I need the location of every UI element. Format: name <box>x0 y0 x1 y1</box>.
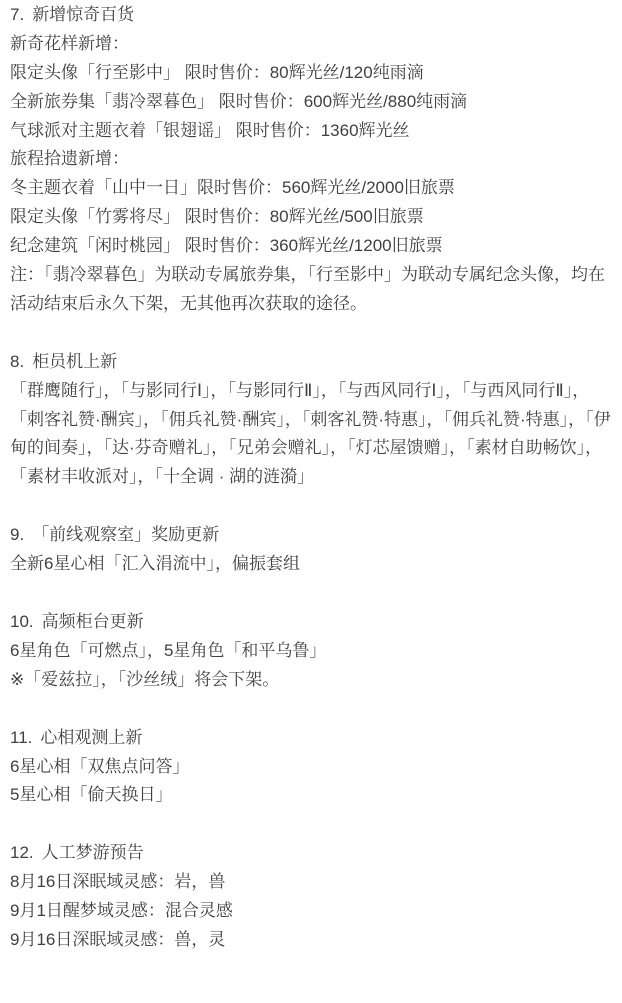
section-teller-machine: 8.柜员机上新 「群鹰随行」，「与影同行Ⅰ」，「与影同行Ⅱ」，「与西风同行Ⅰ」，… <box>10 348 612 492</box>
text-line: 9月1日醒梦域灵感：混合灵感 <box>10 897 612 926</box>
section-number: 8. <box>10 348 24 377</box>
section-title: 人工梦游预告 <box>42 843 144 862</box>
section-psychube-observation: 11.心相观测上新 6星心相「双焦点问答」 5星心相「偷天换日」 <box>10 724 612 811</box>
text-line: 新奇花样新增： <box>10 30 612 59</box>
text-line: 旅程拾遗新增： <box>10 145 612 174</box>
section-heading: 11.心相观测上新 <box>10 724 612 753</box>
text-line: 「群鹰随行」，「与影同行Ⅰ」，「与影同行Ⅱ」，「与西风同行Ⅰ」，「与西风同行Ⅱ」… <box>10 377 612 493</box>
section-number: 10. <box>10 608 34 637</box>
text-line: 限定头像「行至影中」 限时售价：80辉光丝/120纯雨滴 <box>10 59 612 88</box>
text-line: 5星心相「偷天换日」 <box>10 781 612 810</box>
section-title: 「前线观察室」奖励更新 <box>32 525 219 544</box>
section-heading: 8.柜员机上新 <box>10 348 612 377</box>
section-title: 柜员机上新 <box>32 352 117 371</box>
text-line: 9月16日深眠域灵感：兽，灵 <box>10 926 612 955</box>
section-number: 11. <box>10 724 32 753</box>
text-line: 限定头像「竹雾将尽」 限时售价：80辉光丝/500旧旅票 <box>10 203 612 232</box>
text-line-note: 注：「翡冷翠暮色」为联动专属旅券集，「行至影中」为联动专属纪念头像，均在活动结束… <box>10 261 612 319</box>
section-title: 新增惊奇百货 <box>32 5 134 24</box>
section-frontline-observatory: 9.「前线观察室」奖励更新 全新6星心相「汇入涓流中」，偏振套组 <box>10 521 612 579</box>
text-line: 6星心相「双焦点问答」 <box>10 753 612 782</box>
section-title: 心相观测上新 <box>40 728 142 747</box>
text-line-note: ※「爱兹拉」，「沙丝绒」将会下架。 <box>10 666 612 695</box>
section-high-frequency-counter: 10.高频柜台更新 6星角色「可燃点」，5星角色「和平乌鲁」 ※「爱兹拉」，「沙… <box>10 608 612 695</box>
section-artificial-somnambulism: 12.人工梦游预告 8月16日深眠域灵感：岩，兽 9月1日醒梦域灵感：混合灵感 … <box>10 839 612 955</box>
text-line: 冬主题衣着「山中一日」限时售价：560辉光丝/2000旧旅票 <box>10 174 612 203</box>
section-number: 12. <box>10 839 34 868</box>
text-line: 气球派对主题衣着「银翅谣」 限时售价：1360辉光丝 <box>10 117 612 146</box>
section-heading: 9.「前线观察室」奖励更新 <box>10 521 612 550</box>
section-heading: 12.人工梦游预告 <box>10 839 612 868</box>
section-novelty-shop: 7.新增惊奇百货 新奇花样新增： 限定头像「行至影中」 限时售价：80辉光丝/1… <box>10 1 612 319</box>
section-number: 7. <box>10 1 24 30</box>
text-line: 全新6星心相「汇入涓流中」，偏振套组 <box>10 550 612 579</box>
update-notes-document: 7.新增惊奇百货 新奇花样新增： 限定头像「行至影中」 限时售价：80辉光丝/1… <box>0 0 622 975</box>
text-line: 8月16日深眠域灵感：岩，兽 <box>10 868 612 897</box>
section-number: 9. <box>10 521 24 550</box>
text-line: 纪念建筑「闲时桃园」 限时售价：360辉光丝/1200旧旅票 <box>10 232 612 261</box>
text-line: 全新旅券集「翡冷翠暮色」 限时售价：600辉光丝/880纯雨滴 <box>10 88 612 117</box>
section-heading: 10.高频柜台更新 <box>10 608 612 637</box>
section-heading: 7.新增惊奇百货 <box>10 1 612 30</box>
text-line: 6星角色「可燃点」，5星角色「和平乌鲁」 <box>10 637 612 666</box>
section-title: 高频柜台更新 <box>42 612 144 631</box>
